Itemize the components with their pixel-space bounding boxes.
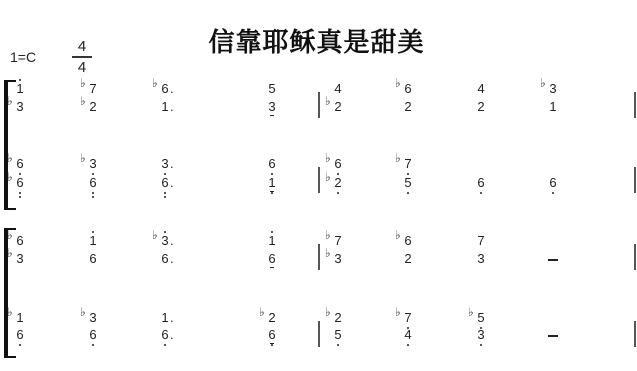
note-upper: 3. — [157, 157, 173, 171]
note-upper: 2♭ — [264, 311, 280, 325]
note-digit: 6 — [334, 157, 341, 171]
time-signature-divider — [72, 56, 92, 58]
note-digit: 7 — [477, 234, 484, 248]
octave-dot-below — [271, 344, 273, 346]
flat-icon: ♭ — [325, 305, 331, 319]
octave-dot-below — [407, 192, 409, 194]
sustain-dash — [548, 335, 558, 337]
key-signature: 1=C — [10, 49, 36, 65]
flat-icon: ♭ — [325, 170, 331, 184]
note-digit: 2 — [334, 311, 341, 325]
note-upper: 5 — [264, 82, 280, 96]
note-upper: 7♭ — [400, 311, 416, 325]
octave-dot-below — [19, 344, 21, 346]
octave-dot-below — [271, 192, 273, 194]
note-upper: 6♭ — [12, 157, 28, 171]
note-lower: 6♭ — [12, 176, 28, 190]
octave-dot-below — [19, 192, 21, 194]
note-digit: 6 — [161, 176, 168, 190]
augmentation-dot: . — [170, 100, 174, 114]
note-digit: 6 — [16, 328, 23, 342]
note-upper: 6♭ — [400, 82, 416, 96]
note-digit: 3 — [477, 328, 484, 342]
barline — [634, 321, 636, 347]
augmentation-dot: . — [170, 176, 174, 190]
note-upper: 6.♭ — [157, 82, 173, 96]
note-digit: 1 — [268, 234, 275, 248]
note-digit: 6 — [16, 157, 23, 171]
flat-icon: ♭ — [325, 94, 331, 108]
time-signature-denominator: 4 — [72, 59, 92, 76]
flat-icon: ♭ — [7, 228, 13, 242]
note-digit: 2 — [477, 100, 484, 114]
augmentation-dot: . — [170, 157, 174, 171]
note-lower: 3 — [473, 328, 489, 342]
note-upper: 6♭ — [400, 234, 416, 248]
note-digit: 4 — [334, 82, 341, 96]
flat-icon: ♭ — [152, 228, 158, 242]
flat-icon: ♭ — [395, 305, 401, 319]
note-upper: 4 — [330, 82, 346, 96]
eighth-underline — [270, 191, 273, 192]
note-upper: 1. — [157, 311, 173, 325]
augmentation-dot: . — [170, 252, 174, 266]
note-upper: 7♭ — [85, 82, 101, 96]
octave-dot-below — [337, 344, 339, 346]
score-title-text: 信靠耶稣真是甜美 — [208, 28, 424, 58]
note-lower: 3 — [264, 100, 280, 114]
note-digit: 3 — [16, 100, 23, 114]
note-lower: 3 — [473, 252, 489, 266]
note-lower: 2 — [400, 252, 416, 266]
note-upper: 1 — [12, 82, 28, 96]
flat-icon: ♭ — [395, 76, 401, 90]
note-lower: 6 — [264, 328, 280, 342]
note-digit: 5 — [404, 176, 411, 190]
augmentation-dot: . — [170, 328, 174, 342]
note-lower: 2♭ — [85, 100, 101, 114]
note-digit: 7 — [404, 311, 411, 325]
note-digit: 6 — [268, 328, 275, 342]
note-digit: 1 — [16, 311, 23, 325]
note-upper: 5♭ — [473, 311, 489, 325]
note-digit: 1 — [16, 82, 23, 96]
octave-dot-below-2 — [19, 196, 21, 198]
note-upper: 1 — [264, 234, 280, 248]
note-digit: 3 — [161, 157, 168, 171]
note-upper: 6♭ — [330, 157, 346, 171]
note-lower: 6 — [545, 176, 561, 190]
octave-dot-below — [92, 192, 94, 194]
barline — [318, 244, 320, 270]
augmentation-dot: . — [170, 82, 174, 96]
note-upper: 4 — [473, 82, 489, 96]
flat-icon: ♭ — [259, 305, 265, 319]
eighth-underline — [270, 343, 273, 344]
note-digit: 6 — [477, 176, 484, 190]
note-lower: 1. — [157, 100, 173, 114]
note-digit: 6 — [268, 252, 275, 266]
octave-dot-above — [164, 231, 166, 233]
eighth-underline — [270, 115, 273, 116]
note-upper: 3♭ — [85, 157, 101, 171]
note-lower: 6. — [157, 176, 173, 190]
octave-dot-below — [337, 192, 339, 194]
note-lower: 5 — [330, 328, 346, 342]
note-digit: 5 — [477, 311, 484, 325]
flat-icon: ♭ — [540, 76, 546, 90]
note-lower: 2♭ — [330, 100, 346, 114]
flat-icon: ♭ — [80, 305, 86, 319]
note-lower: 6. — [157, 328, 173, 342]
augmentation-dot: . — [170, 311, 174, 325]
note-digit: 6 — [16, 234, 23, 248]
note-digit: 2 — [89, 100, 96, 114]
octave-dot-below — [407, 344, 409, 346]
note-lower: 1 — [264, 176, 280, 190]
note-lower: 2♭ — [330, 176, 346, 190]
flat-icon: ♭ — [152, 76, 158, 90]
note-digit: 3 — [549, 82, 556, 96]
note-digit: 3 — [89, 311, 96, 325]
note-lower: 2 — [400, 100, 416, 114]
flat-icon: ♭ — [395, 151, 401, 165]
note-digit: 3 — [268, 100, 275, 114]
flat-icon: ♭ — [80, 76, 86, 90]
note-upper: 3♭ — [545, 82, 561, 96]
note-lower: 6 — [85, 328, 101, 342]
note-digit: 3 — [477, 252, 484, 266]
flat-icon: ♭ — [7, 151, 13, 165]
time-signature: 4 4 — [72, 38, 92, 76]
octave-dot-below-2 — [164, 196, 166, 198]
note-digit: 3 — [334, 252, 341, 266]
flat-icon: ♭ — [7, 170, 13, 184]
note-digit: 6 — [161, 328, 168, 342]
note-digit: 2 — [334, 176, 341, 190]
flat-icon: ♭ — [325, 151, 331, 165]
octave-dot-above — [92, 231, 94, 233]
note-digit: 6 — [549, 176, 556, 190]
octave-dot-below — [552, 192, 554, 194]
octave-dot-below — [92, 344, 94, 346]
note-digit: 4 — [477, 82, 484, 96]
note-digit: 6 — [89, 328, 96, 342]
note-lower: 6 — [12, 328, 28, 342]
octave-dot-above — [19, 79, 21, 81]
note-lower: 6 — [85, 176, 101, 190]
note-upper: 7♭ — [400, 157, 416, 171]
note-digit: 6 — [89, 176, 96, 190]
barline — [634, 244, 636, 270]
octave-dot-below-2 — [92, 196, 94, 198]
note-lower: 3♭ — [12, 252, 28, 266]
note-digit: 3 — [89, 157, 96, 171]
note-digit: 5 — [268, 82, 275, 96]
note-upper: 6♭ — [12, 234, 28, 248]
barline — [318, 321, 320, 347]
note-digit: 1 — [89, 234, 96, 248]
note-digit: 7 — [404, 157, 411, 171]
barline — [318, 92, 320, 118]
note-lower: 6 — [473, 176, 489, 190]
barline — [318, 167, 320, 193]
note-digit: 4 — [404, 328, 411, 342]
note-digit: 6 — [404, 234, 411, 248]
note-digit: 6 — [16, 176, 23, 190]
octave-dot-below — [480, 192, 482, 194]
barline — [634, 167, 636, 193]
octave-dot-below — [164, 344, 166, 346]
note-digit: 3 — [161, 234, 168, 248]
note-lower: 6 — [85, 252, 101, 266]
note-upper: 3♭ — [85, 311, 101, 325]
note-upper: 6 — [264, 157, 280, 171]
sustain-dash — [548, 259, 558, 261]
note-upper: 7♭ — [330, 234, 346, 248]
note-lower: 6 — [264, 252, 280, 266]
note-digit: 2 — [334, 100, 341, 114]
note-upper: 2♭ — [330, 311, 346, 325]
note-digit: 1 — [161, 100, 168, 114]
note-digit: 6 — [89, 252, 96, 266]
note-digit: 7 — [89, 82, 96, 96]
time-signature-numerator: 4 — [72, 38, 92, 55]
note-digit: 6 — [268, 157, 275, 171]
note-digit: 1 — [268, 176, 275, 190]
note-lower: 5 — [400, 176, 416, 190]
flat-icon: ♭ — [395, 228, 401, 242]
barline — [634, 92, 636, 118]
eighth-underline — [270, 267, 273, 268]
note-digit: 7 — [334, 234, 341, 248]
flat-icon: ♭ — [468, 305, 474, 319]
flat-icon: ♭ — [7, 305, 13, 319]
note-digit: 2 — [404, 100, 411, 114]
note-digit: 6 — [161, 82, 168, 96]
score-title: 信靠耶稣真是甜美 — [0, 22, 637, 59]
note-lower: 1 — [545, 100, 561, 114]
octave-dot-above — [271, 231, 273, 233]
octave-dot-below — [480, 344, 482, 346]
flat-icon: ♭ — [325, 228, 331, 242]
flat-icon: ♭ — [80, 94, 86, 108]
note-digit: 1 — [549, 100, 556, 114]
note-digit: 5 — [334, 328, 341, 342]
note-upper: 1♭ — [12, 311, 28, 325]
note-upper: 3.♭ — [157, 234, 173, 248]
note-digit: 3 — [16, 252, 23, 266]
note-lower: 6. — [157, 252, 173, 266]
note-digit: 6 — [404, 82, 411, 96]
note-digit: 2 — [268, 311, 275, 325]
note-upper: 7 — [473, 234, 489, 248]
octave-dot-below — [164, 192, 166, 194]
note-digit: 1 — [161, 311, 168, 325]
flat-icon: ♭ — [325, 246, 331, 260]
note-lower: 4 — [400, 328, 416, 342]
note-digit: 2 — [404, 252, 411, 266]
flat-icon: ♭ — [7, 246, 13, 260]
flat-icon: ♭ — [80, 151, 86, 165]
note-digit: 6 — [161, 252, 168, 266]
note-lower: 3♭ — [12, 100, 28, 114]
augmentation-dot: . — [170, 234, 174, 248]
note-lower: 2 — [473, 100, 489, 114]
note-upper: 1 — [85, 234, 101, 248]
note-lower: 3♭ — [330, 252, 346, 266]
flat-icon: ♭ — [7, 94, 13, 108]
